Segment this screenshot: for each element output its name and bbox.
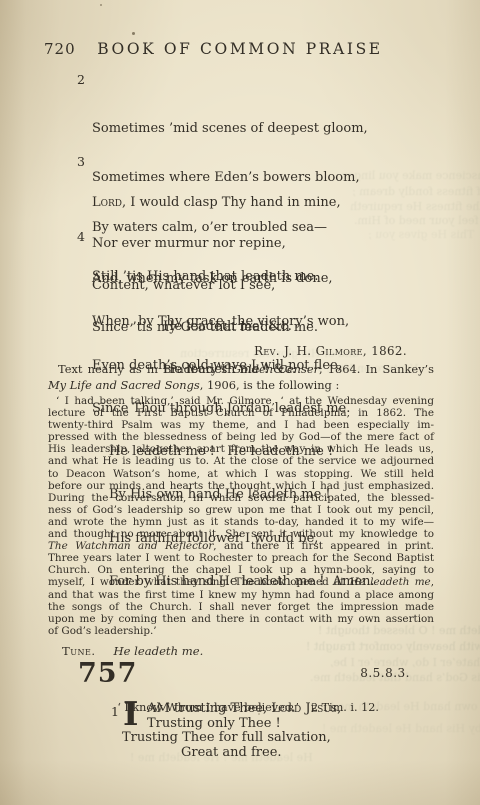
quote-line: the songs of the Church. I shall never f… (48, 601, 434, 613)
quote-line: ness of God’s leadership so grew upon me… (48, 504, 434, 516)
periodical-title: The Watchman and Reflector (48, 540, 213, 552)
quote-line: Church. On entering the chapel I took up… (48, 564, 434, 576)
hymn-title: He leadeth me (350, 576, 431, 588)
quote-line: of God’s leadership.’ (48, 625, 434, 637)
quote-text: , and there it first appeared in print. (213, 540, 434, 552)
verse-line: And, when my task on earth is done, (92, 272, 375, 286)
quote-line: and that was the first time I knew my hy… (48, 589, 434, 601)
note-text: , 1864. In Sankey’s (319, 362, 434, 376)
hymn-line: Trusting only Thee ! (147, 716, 281, 731)
ghost-text-line: Is to feel your need of Him. (354, 214, 480, 227)
tune-line: Tune.He leadeth me. (62, 644, 203, 658)
quote-text: myself, I wonder what they sing. The boo… (48, 576, 350, 588)
ghost-text-line: O words with heavenly comfort fraught ! (306, 640, 480, 653)
quote-line: and wrote the hymn just as it stands to-… (48, 516, 434, 528)
verse-number: 3 (77, 155, 85, 169)
hymn-line-text: , (337, 701, 341, 716)
running-head: 720 BOOK OF COMMON PRAISE (0, 40, 480, 58)
hymn-line: Great and free. (181, 745, 282, 760)
quote-line: The Watchman and Reflector, and there it… (48, 540, 434, 552)
quote-line: pressed with the blessedness of being le… (48, 431, 434, 443)
note-line: Text nearly as in Bradbury’s Golden Cens… (48, 361, 434, 377)
paper-speck (100, 4, 102, 6)
quote-line: His leadership, altogether apart from th… (48, 443, 434, 455)
ghost-text-line: Nor of fitness fondly dream ; (352, 185, 480, 198)
quote-line: ‘ I had been talking,’ said Mr. Gilmore,… (48, 395, 434, 407)
quote-text: , (431, 576, 434, 588)
verse-line: Sometimes ’mid scenes of deepest gloom, (92, 121, 368, 138)
hymn-line-text: AM trusting Thee, (147, 701, 271, 716)
verse-number: 2 (77, 72, 85, 89)
quote-line: and what He is leading us to. At the clo… (48, 455, 434, 467)
work-title: My Life and Sacred Songs (48, 378, 200, 392)
gilmore-quotation: ‘ I had been talking,’ said Mr. Gilmore,… (48, 395, 434, 637)
stanza-number: 1 (111, 704, 119, 719)
drop-cap: I (123, 699, 138, 728)
ghost-text-line: All the fitness He requireth (350, 200, 480, 213)
quote-line: and thought no more about it. She sent i… (48, 528, 434, 540)
ghost-text-line: This He gives you ; (368, 228, 474, 241)
quote-line: lecture of the First Baptist Church of P… (48, 407, 434, 419)
page-number: 720 (44, 40, 76, 58)
quote-line: to Deacon Watson’s home, at which I was … (48, 468, 434, 480)
hymn-line: AM trusting Thee, Lord Jesus, (147, 701, 341, 716)
quote-line: Three years later I went to Rochester to… (48, 552, 434, 564)
hymn-line: Trusting Thee for full salvation, (122, 730, 331, 745)
note-text: , 1906, is the following : (200, 378, 340, 392)
editorial-note: Text nearly as in Bradbury’s Golden Cens… (48, 361, 434, 393)
tune-label: Tune. (62, 644, 96, 658)
tune-name: He leadeth me. (114, 644, 204, 658)
scanned-page: Let not conscience make you linger, Nor … (0, 0, 480, 805)
hymn-meter: 8.5.8.3. (360, 666, 410, 680)
verse-line-text: , I would clasp Thy hand in mine, (122, 195, 341, 210)
note-line: My Life and Sacred Songs, 1906, is the f… (48, 377, 434, 393)
paper-speck (132, 32, 135, 35)
note-text: Text nearly as in Bradbury’s (58, 362, 232, 376)
work-title: Golden Censer (232, 362, 319, 376)
quote-line: twenty-third Psalm was my theme, and I h… (48, 419, 434, 431)
quote-line: During the conversation, in which severa… (48, 492, 434, 504)
verse-line: When, by Thy grace, the victory’s won, (92, 315, 375, 329)
quote-line: upon me by coming then and there in cont… (48, 613, 434, 625)
sacred-name: Lord (271, 701, 301, 716)
verse-number: 4 (77, 230, 85, 244)
hymn-number: 757 (78, 658, 137, 689)
sacred-name: Lord (92, 195, 122, 210)
verse-line: Lord, I would clasp Thy hand in mine, (92, 196, 341, 210)
author-attribution: Rev. J. H. Gilmore, 1862. (254, 344, 407, 358)
sacred-name: Jesus (305, 701, 337, 716)
quote-line: before our minds and hearts the thought … (48, 480, 434, 492)
quote-line: myself, I wonder what they sing. The boo… (48, 576, 434, 588)
